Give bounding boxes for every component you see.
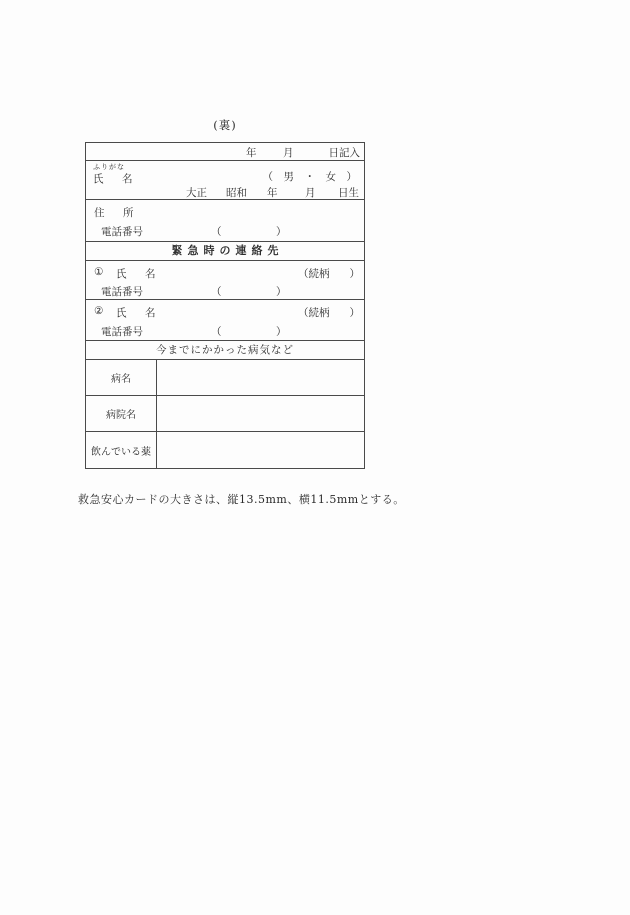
hospital-label: 病院名 [86, 396, 157, 431]
contact-1-name-label: 氏 名 [116, 266, 160, 281]
contact-1-relation-close: ） [350, 266, 361, 281]
birth-month-label: 月 [305, 185, 316, 200]
contact-2-phone-label: 電話番号 [101, 324, 143, 339]
illness-history-header-label: 今までにかかった病気など [156, 344, 294, 356]
era-showa-label: 昭和 [226, 185, 247, 200]
contact-1-phone-paren-open: （ [211, 284, 222, 299]
illness-history-header: 今までにかかった病気など [86, 341, 364, 360]
card-size-note: 救急安心カードの大きさは、縦13.5mm、横11.5mmとする。 [78, 491, 405, 507]
contact-1-relation-label: （続柄 [298, 266, 330, 281]
name-label: 氏 名 [93, 171, 137, 186]
contact-2-relation-label: （続柄 [298, 305, 330, 320]
contact-1-number: ① [94, 266, 103, 278]
birth-day-label: 日生 [338, 185, 359, 200]
contact-2-phone-paren-close: ） [276, 324, 287, 339]
contact-1-phone-paren-close: ） [276, 284, 287, 299]
page-title: (裏) [85, 117, 365, 133]
contact-2-name-label: 氏 名 [116, 305, 160, 320]
gender-choice-label: （ 男 ・ 女 ） [263, 169, 358, 184]
contact-row-1: ① 氏 名 （続柄 ） 電話番号 （ ） [86, 261, 364, 300]
address-label: 住 所 [94, 205, 138, 220]
year-label: 年 [246, 145, 257, 160]
disease-label: 病名 [86, 360, 157, 395]
contact-2-number: ② [94, 305, 103, 317]
emergency-card-back-form: 年 月 日記入 ふりがな 氏 名 （ 男 ・ 女 ） 大正 昭和 年 月 日生 … [85, 142, 365, 469]
day-entry-label: 日記入 [329, 145, 361, 160]
month-label: 月 [283, 145, 294, 160]
contact-row-2: ② 氏 名 （続柄 ） 電話番号 （ ） [86, 300, 364, 341]
hospital-input-area [157, 396, 364, 431]
contact-2-phone-paren-open: （ [211, 324, 222, 339]
phone-paren-close: ） [276, 224, 287, 239]
fill-in-date-row: 年 月 日記入 [86, 143, 364, 161]
disease-input-area [157, 360, 364, 395]
birth-year-label: 年 [267, 185, 278, 200]
medication-input-area [157, 432, 364, 468]
emergency-contacts-header-label: 緊急時の連絡先 [172, 244, 284, 257]
contact-1-phone-label: 電話番号 [101, 284, 143, 299]
hospital-row: 病院名 [86, 396, 364, 432]
contact-2-relation-close: ） [350, 305, 361, 320]
emergency-contacts-header: 緊急時の連絡先 [86, 242, 364, 261]
medication-label: 飲んでいる薬 [86, 432, 157, 468]
medication-row: 飲んでいる薬 [86, 432, 364, 468]
phone-paren-open: （ [211, 224, 222, 239]
address-row: 住 所 電話番号 （ ） [86, 200, 364, 242]
phone-label: 電話番号 [101, 224, 143, 239]
name-row: ふりがな 氏 名 （ 男 ・ 女 ） 大正 昭和 年 月 日生 [86, 161, 364, 200]
disease-row: 病名 [86, 360, 364, 396]
era-taisho-label: 大正 [186, 185, 207, 200]
